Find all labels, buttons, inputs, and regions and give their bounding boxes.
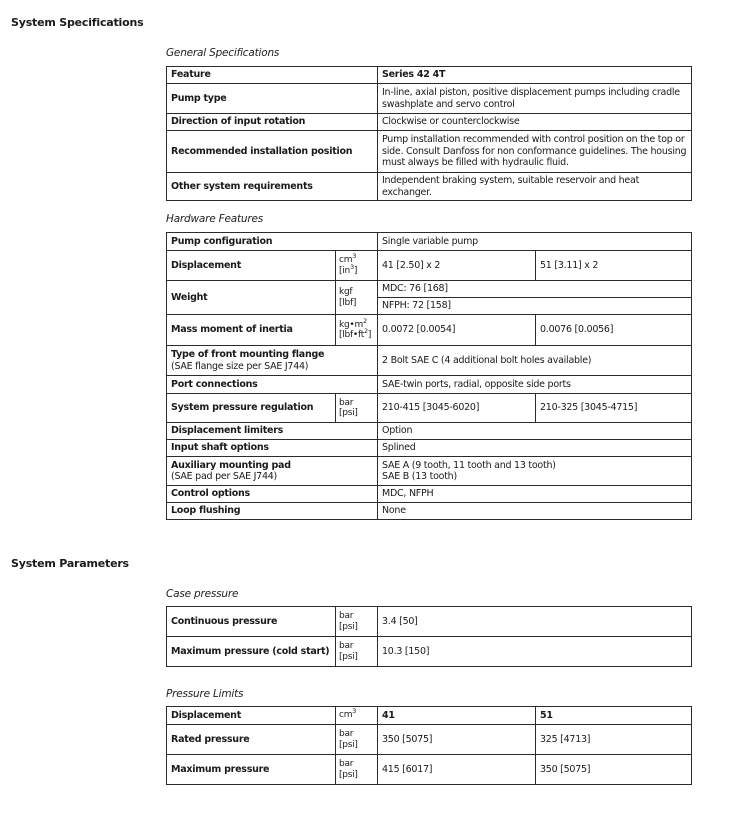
row-label: Loop flushing (167, 503, 378, 520)
unit-cell: cm3 [in3] (336, 251, 378, 281)
table-row: Maximum pressure (cold start) bar [psi] … (167, 637, 692, 667)
unit-main: kgf (339, 287, 374, 298)
row-value: 3.4 [50] (378, 607, 692, 637)
unit-alt: [psi] (339, 622, 374, 633)
row-value: Independent braking system, suitable res… (378, 173, 692, 201)
row-value: In-line, axial piston, positive displace… (378, 84, 692, 114)
value-41: 0.0072 [0.0054] (378, 315, 536, 346)
section-heading-system-parameters: System Parameters (11, 557, 129, 570)
unit-alt: [psi] (339, 740, 374, 751)
table-header-displacement: Displacement (167, 707, 336, 725)
label-main: Type of front mounting flange (171, 349, 373, 361)
table-row: Displacement limiters Option (167, 423, 692, 440)
value-41: 415 [6017] (378, 755, 536, 785)
unit-alt: [in (339, 266, 350, 276)
unit-alt: [psi] (339, 408, 374, 419)
row-label: Mass moment of inertia (167, 315, 336, 346)
unit-cell: bar [psi] (336, 394, 378, 423)
value-line: SAE A (9 tooth, 11 tooth and 13 tooth) (382, 460, 687, 472)
unit-superscript: 3 (352, 252, 356, 260)
table-row: Pump type In-line, axial piston, positiv… (167, 84, 692, 114)
row-value: Splined (378, 440, 692, 457)
row-label: Maximum pressure (cold start) (167, 637, 336, 667)
row-label: Port connections (167, 376, 378, 394)
unit-main: bar (339, 729, 374, 740)
row-label: Other system requirements (167, 173, 378, 201)
table-row: Input shaft options Splined (167, 440, 692, 457)
value-51: 51 [3.11] x 2 (536, 251, 692, 281)
row-value: Clockwise or counterclockwise (378, 114, 692, 131)
row-value: Option (378, 423, 692, 440)
general-specifications-table: Feature Series 42 4T Pump type In-line, … (166, 66, 692, 201)
unit-cell: bar [psi] (336, 607, 378, 637)
unit-cell: kgf [lbf] (336, 281, 378, 315)
unit-cell: cm3 (336, 707, 378, 725)
unit-alt: [lbf•ft (339, 330, 364, 340)
row-label: System pressure regulation (167, 394, 336, 423)
table-row: Weight kgf [lbf] MDC: 76 [168] (167, 281, 692, 298)
table-row: Loop flushing None (167, 503, 692, 520)
row-label: Auxiliary mounting pad (SAE pad per SAE … (167, 457, 378, 486)
row-label: Recommended installation position (167, 131, 378, 173)
unit-close: ] (368, 330, 371, 340)
row-label: Pump type (167, 84, 378, 114)
table-row: Continuous pressure bar [psi] 3.4 [50] (167, 607, 692, 637)
table-header-51: 51 (536, 707, 692, 725)
unit-main: bar (339, 641, 374, 652)
row-label: Continuous pressure (167, 607, 336, 637)
table-row: Displacement cm3 [in3] 41 [2.50] x 2 51 … (167, 251, 692, 281)
unit-superscript: 2 (363, 317, 367, 325)
unit-alt: [psi] (339, 770, 374, 781)
unit-cell: kg•m2 [lbf•ft2] (336, 315, 378, 346)
unit-main: bar (339, 759, 374, 770)
table-row: Control options MDC, NFPH (167, 486, 692, 503)
row-value: SAE A (9 tooth, 11 tooth and 13 tooth) S… (378, 457, 692, 486)
value-51: 325 [4713] (536, 725, 692, 755)
table-header-feature: Feature (167, 67, 378, 84)
row-label: Type of front mounting flange (SAE flang… (167, 346, 378, 376)
row-value: 10.3 [150] (378, 637, 692, 667)
table-row: Pump configuration Single variable pump (167, 233, 692, 251)
value-mdc: MDC: 76 [168] (378, 281, 692, 298)
row-label: Rated pressure (167, 725, 336, 755)
row-label: Displacement limiters (167, 423, 378, 440)
value-line: SAE B (13 tooth) (382, 471, 687, 483)
row-label: Pump configuration (167, 233, 378, 251)
table-row: Other system requirements Independent br… (167, 173, 692, 201)
unit-cell: bar [psi] (336, 725, 378, 755)
value-nfph: NFPH: 72 [158] (378, 298, 692, 315)
value-41: 350 [5075] (378, 725, 536, 755)
table-row: Displacement cm3 41 51 (167, 707, 692, 725)
row-label: Weight (167, 281, 336, 315)
row-label: Control options (167, 486, 378, 503)
table-row: Maximum pressure bar [psi] 415 [6017] 35… (167, 755, 692, 785)
value-51: 0.0076 [0.0056] (536, 315, 692, 346)
unit-alt: [lbf] (339, 298, 374, 309)
table-caption-case-pressure: Case pressure (166, 588, 238, 600)
table-row: Port connections SAE-twin ports, radial,… (167, 376, 692, 394)
table-caption-hardware-features: Hardware Features (166, 213, 263, 225)
value-51: 350 [5075] (536, 755, 692, 785)
unit-main: bar (339, 611, 374, 622)
value-41: 41 [2.50] x 2 (378, 251, 536, 281)
unit-close: ] (354, 266, 357, 276)
row-label: Direction of input rotation (167, 114, 378, 131)
section-heading-system-specifications: System Specifications (11, 16, 143, 29)
row-label: Maximum pressure (167, 755, 336, 785)
table-caption-general-specifications: General Specifications (166, 47, 279, 59)
unit-main: kg•m (339, 320, 363, 330)
table-header-series: Series 42 4T (378, 67, 692, 84)
unit-cell: bar [psi] (336, 755, 378, 785)
row-label: Input shaft options (167, 440, 378, 457)
hardware-features-table: Pump configuration Single variable pump … (166, 232, 692, 520)
pressure-limits-table: Displacement cm3 41 51 Rated pressure ba… (166, 706, 692, 785)
row-value: SAE-twin ports, radial, opposite side po… (378, 376, 692, 394)
row-value: 2 Bolt SAE C (4 additional bolt holes av… (378, 346, 692, 376)
table-row: System pressure regulation bar [psi] 210… (167, 394, 692, 423)
unit-main: bar (339, 398, 374, 409)
table-row: Type of front mounting flange (SAE flang… (167, 346, 692, 376)
row-label: Displacement (167, 251, 336, 281)
table-row: Auxiliary mounting pad (SAE pad per SAE … (167, 457, 692, 486)
unit-superscript: 3 (352, 707, 356, 715)
label-sub: (SAE flange size per SAE J744) (171, 361, 373, 373)
table-row: Mass moment of inertia kg•m2 [lbf•ft2] 0… (167, 315, 692, 346)
value-41: 210-415 [3045-6020] (378, 394, 536, 423)
row-value: Pump installation recommended with contr… (378, 131, 692, 173)
row-value: Single variable pump (378, 233, 692, 251)
row-value: None (378, 503, 692, 520)
case-pressure-table: Continuous pressure bar [psi] 3.4 [50] M… (166, 606, 692, 667)
value-51: 210-325 [3045-4715] (536, 394, 692, 423)
table-header-41: 41 (378, 707, 536, 725)
unit-cell: bar [psi] (336, 637, 378, 667)
table-row: Rated pressure bar [psi] 350 [5075] 325 … (167, 725, 692, 755)
row-value: MDC, NFPH (378, 486, 692, 503)
label-sub: (SAE pad per SAE J744) (171, 471, 373, 483)
table-row: Feature Series 42 4T (167, 67, 692, 84)
label-main: Auxiliary mounting pad (171, 460, 373, 472)
unit-alt: [psi] (339, 652, 374, 663)
table-row: Recommended installation position Pump i… (167, 131, 692, 173)
table-row: Direction of input rotation Clockwise or… (167, 114, 692, 131)
unit-main: cm (339, 710, 352, 720)
table-caption-pressure-limits: Pressure Limits (166, 688, 243, 700)
